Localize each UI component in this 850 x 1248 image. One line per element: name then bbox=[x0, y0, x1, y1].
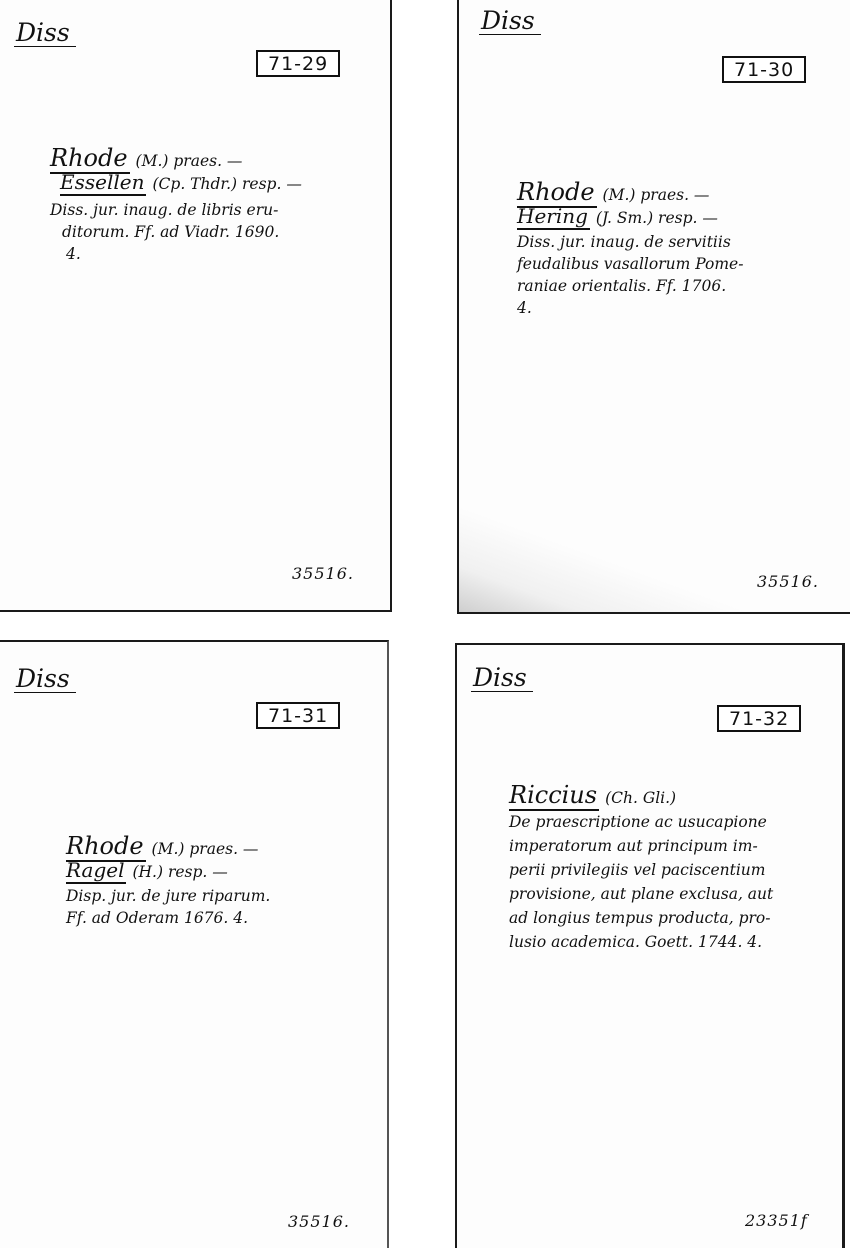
praeses-line: Rhode(M.) praes. — bbox=[66, 834, 270, 860]
respondent-line: Hering(J. Sm.) resp. — bbox=[517, 206, 743, 229]
praeses-role: (M.) praes. — bbox=[152, 840, 259, 858]
category-label: Diss bbox=[14, 666, 76, 693]
title-line: Disp. jur. de jure riparum. bbox=[66, 885, 270, 907]
title-line: imperatorum aut principum im- bbox=[509, 834, 773, 858]
author-line: Riccius(Ch. Gli.) bbox=[509, 783, 773, 810]
catalog-entry: Rhode(M.) praes. — Ragel(H.) resp. — Dis… bbox=[66, 834, 270, 929]
call-number: 71-32 bbox=[717, 705, 801, 732]
call-number: 71-29 bbox=[256, 50, 340, 77]
author-initials: (Ch. Gli.) bbox=[605, 789, 676, 807]
category-label: Diss bbox=[471, 665, 533, 692]
category-label: Diss bbox=[479, 8, 541, 35]
praeses-role: (M.) praes. — bbox=[136, 152, 243, 170]
respondent-name: Essellen bbox=[60, 170, 146, 196]
call-number: 71-31 bbox=[256, 702, 340, 729]
title-line: Ff. ad Oderam 1676. 4. bbox=[66, 907, 270, 929]
stock-number: 23351f bbox=[745, 1211, 808, 1230]
catalog-card-71-31: Diss 71-31 Rhode(M.) praes. — Ragel(H.) … bbox=[0, 640, 389, 1248]
title-line: perii privilegiis vel paciscentium bbox=[509, 858, 773, 882]
stock-number: 35516. bbox=[292, 564, 354, 583]
respondent-role: (H.) resp. — bbox=[132, 863, 227, 881]
catalog-card-71-30: Diss 71-30 Rhode(M.) praes. — Hering(J. … bbox=[457, 0, 850, 614]
title-line: ditorum. Ff. ad Viadr. 1690. bbox=[62, 221, 302, 243]
respondent-name: Hering bbox=[517, 204, 590, 230]
praeses-role: (M.) praes. — bbox=[603, 186, 710, 204]
respondent-role: (J. Sm.) resp. — bbox=[596, 209, 718, 227]
title-line: lusio academica. Goett. 1744. 4. bbox=[509, 930, 773, 954]
stock-number: 35516. bbox=[757, 572, 819, 591]
title-line: raniae orientalis. Ff. 1706. bbox=[517, 275, 743, 297]
respondent-line: Essellen(Cp. Thdr.) resp. — bbox=[60, 172, 302, 195]
call-number: 71-30 bbox=[722, 56, 806, 83]
title-line: feudalibus vasallorum Pome- bbox=[517, 253, 743, 275]
title-line: Diss. jur. inaug. de servitiis bbox=[517, 231, 743, 253]
respondent-name: Ragel bbox=[66, 858, 126, 884]
praeses-line: Rhode(M.) praes. — bbox=[517, 180, 743, 206]
title-line: ad longius tempus producta, pro- bbox=[509, 906, 773, 930]
catalog-entry: Riccius(Ch. Gli.) De praescriptione ac u… bbox=[509, 783, 773, 954]
catalog-card-71-32: Diss 71-32 Riccius(Ch. Gli.) De praescri… bbox=[455, 643, 845, 1248]
title-line: Diss. jur. inaug. de libris eru- bbox=[50, 199, 302, 221]
title-line: De praescriptione ac usucapione bbox=[509, 810, 773, 834]
author-name: Riccius bbox=[509, 781, 599, 811]
stock-number: 35516. bbox=[288, 1212, 350, 1231]
format-line: 4. bbox=[517, 297, 743, 319]
respondent-line: Ragel(H.) resp. — bbox=[66, 860, 270, 883]
catalog-entry: Rhode(M.) praes. — Hering(J. Sm.) resp. … bbox=[517, 180, 743, 319]
category-label: Diss bbox=[14, 20, 76, 47]
praeses-line: Rhode(M.) praes. — bbox=[50, 146, 302, 172]
title-line: provisione, aut plane exclusa, aut bbox=[509, 882, 773, 906]
format-line: 4. bbox=[66, 243, 302, 265]
respondent-role: (Cp. Thdr.) resp. — bbox=[152, 175, 301, 193]
catalog-card-71-29: Diss 71-29 Rhode(M.) praes. — Essellen(C… bbox=[0, 0, 392, 612]
catalog-entry: Rhode(M.) praes. — Essellen(Cp. Thdr.) r… bbox=[50, 146, 302, 265]
